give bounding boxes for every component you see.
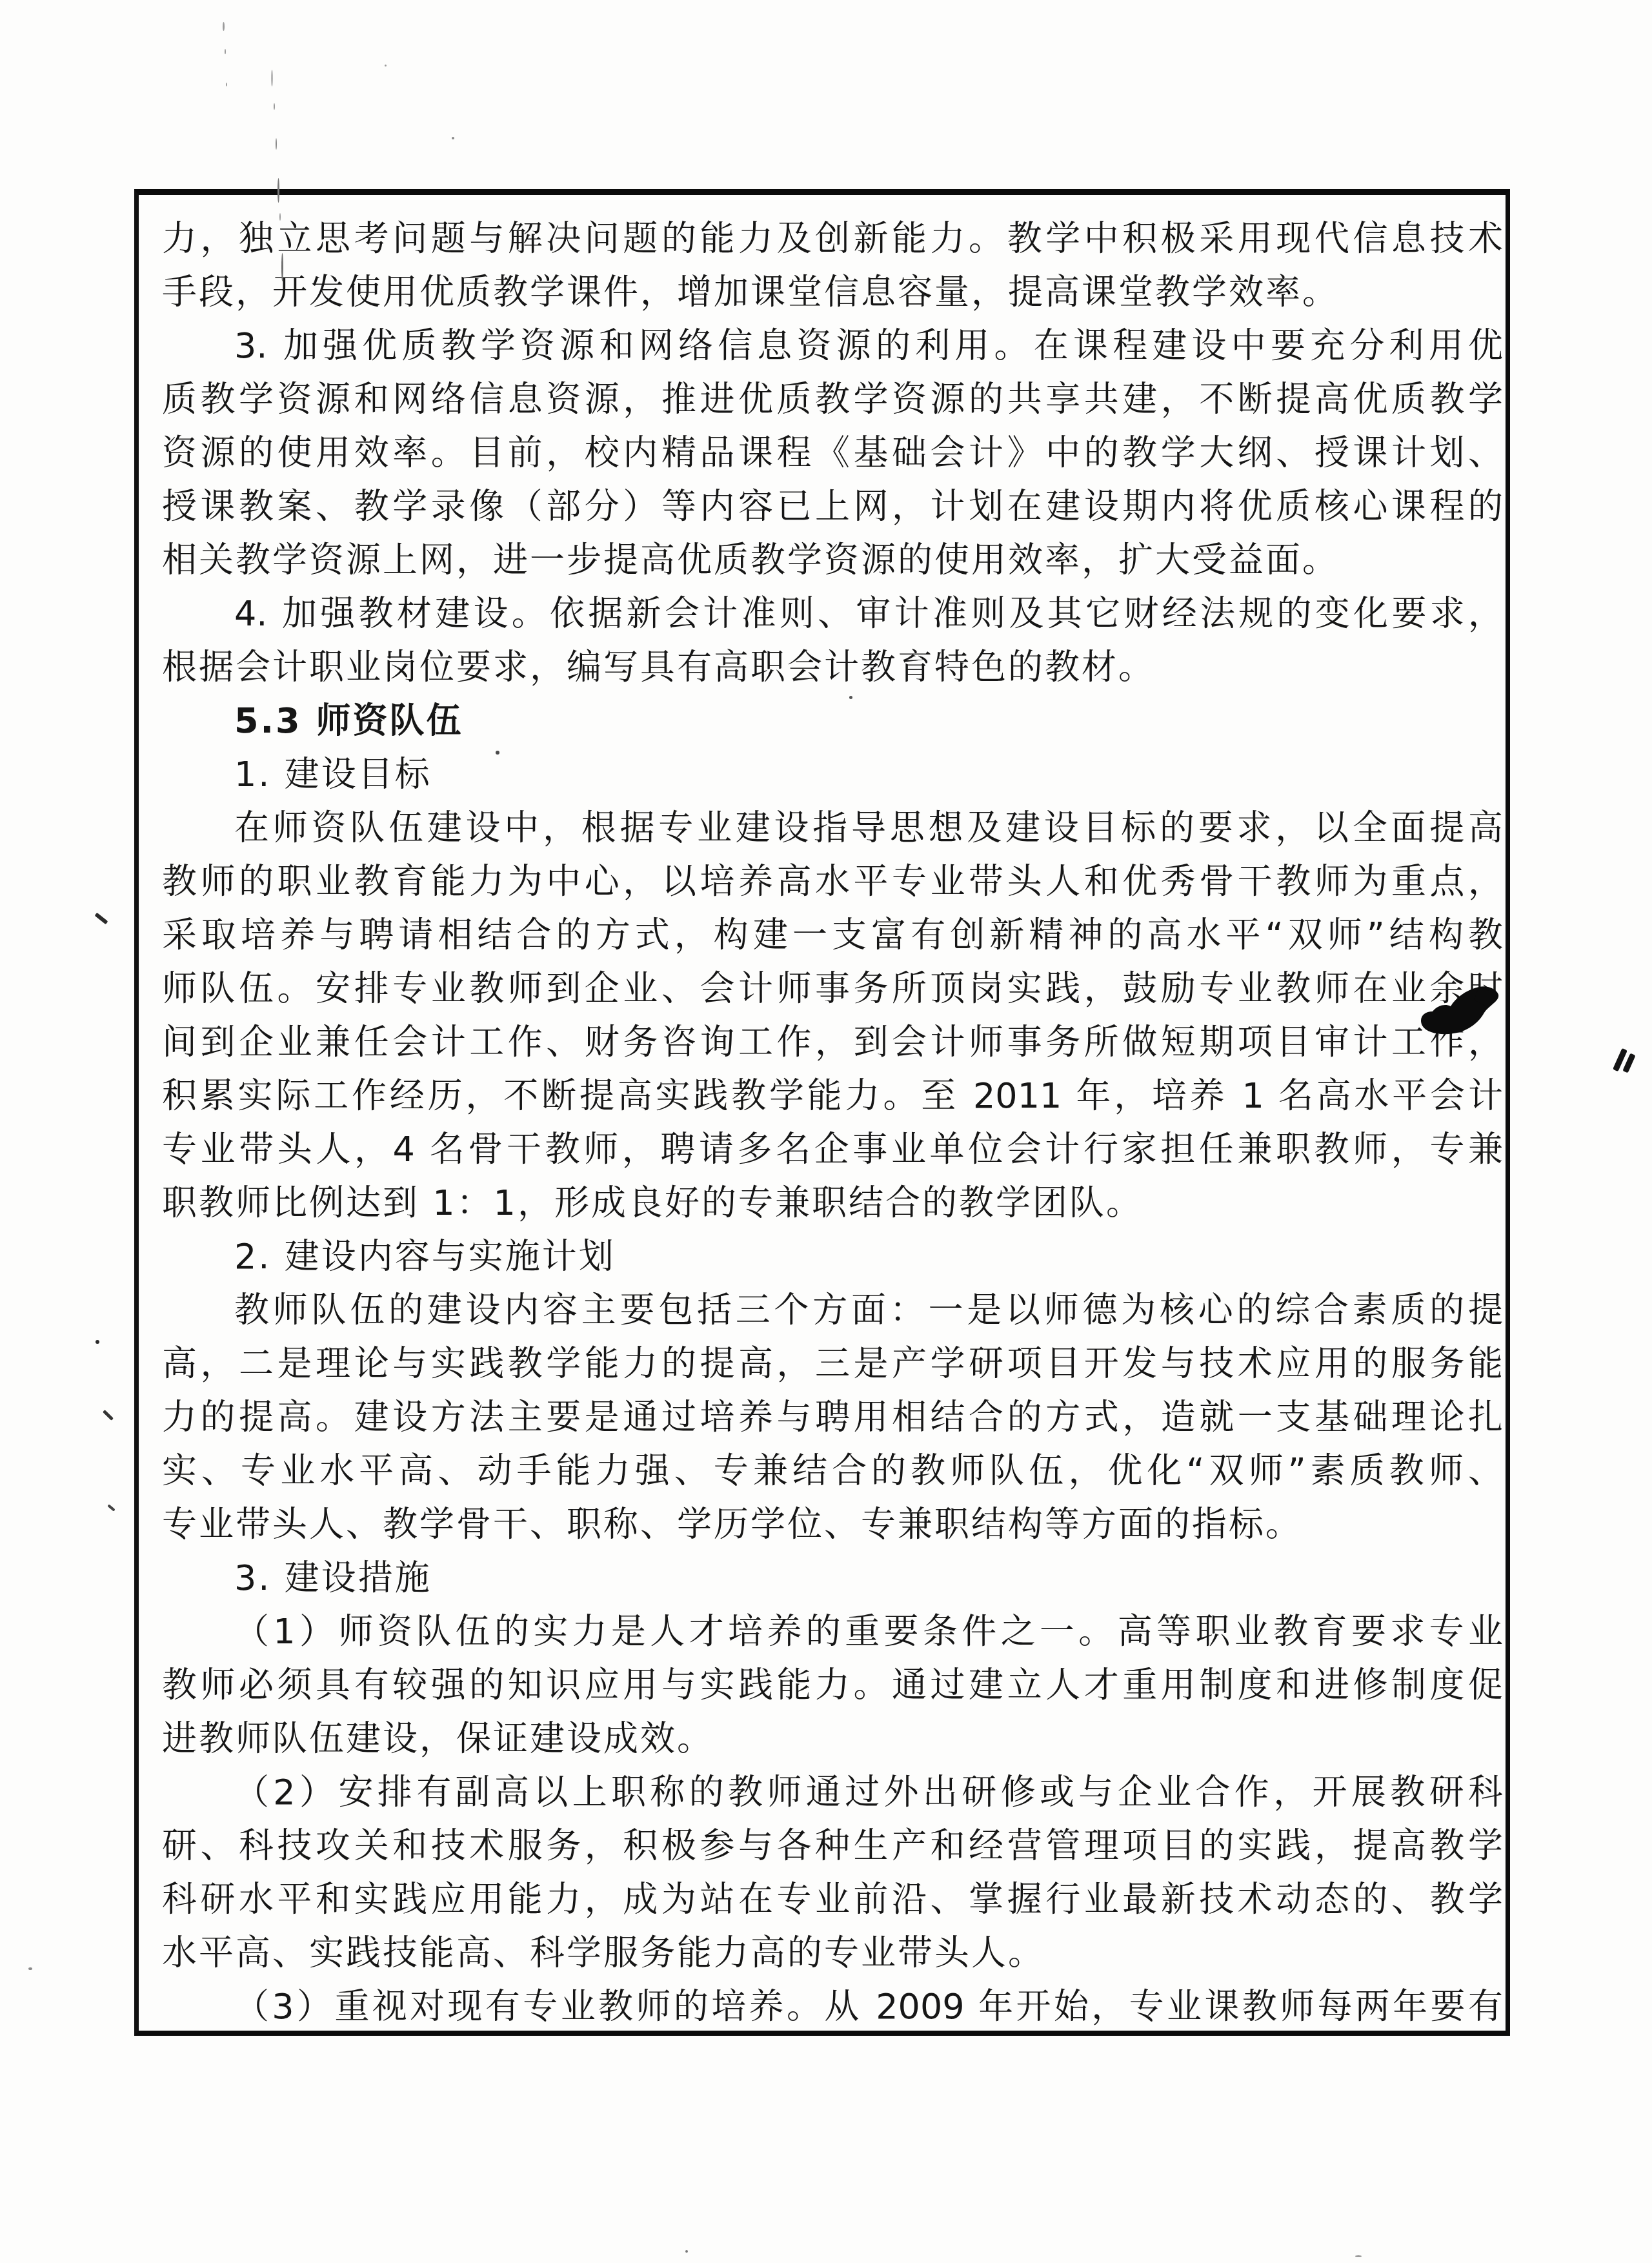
text-line: 资源的使用效率。目前，校内精品课程《基础会计》中的教学大纲、授课计划、	[162, 426, 1503, 480]
text-line: 师队伍。安排专业教师到企业、会计师事务所顶岗实践，鼓励专业教师在业余时	[162, 962, 1503, 1015]
noise-speck	[28, 1967, 32, 1970]
noise-speck	[685, 2250, 688, 2253]
margin-tick	[107, 1504, 116, 1511]
text-line: 在师资队伍建设中，根据专业建设指导思想及建设目标的要求，以全面提高	[162, 801, 1503, 855]
text-line: （1）师资队伍的实力是人才培养的重要条件之一。高等职业教育要求专业	[162, 1605, 1503, 1658]
margin-tick	[96, 1340, 99, 1344]
text-line: 教师队伍的建设内容主要包括三个方面：一是以师德为核心的综合素质的提	[162, 1283, 1503, 1337]
text-line: 间到企业兼任会计工作、财务咨询工作，到会计师事务所做短期项目审计工作，	[162, 1015, 1503, 1069]
noise-speck	[849, 696, 852, 699]
noise-speck	[452, 137, 454, 139]
document-text-box: 力，独立思考问题与解决问题的能力及创新能力。教学中积极采用现代信息技术手段，开发…	[134, 189, 1510, 2036]
text-line: 质教学资源和网络信息资源，推进优质教学资源的共享共建，不断提高优质教学	[162, 372, 1503, 426]
text-line: 职教师比例达到 1：1，形成良好的专兼职结合的教学团队。	[162, 1176, 1503, 1230]
text-line: 力，独立思考问题与解决问题的能力及创新能力。教学中积极采用现代信息技术	[162, 212, 1503, 265]
text-line: 教师必须具有较强的知识应用与实践能力。通过建立人才重用制度和进修制度促	[162, 1658, 1503, 1712]
text-line: 进教师队伍建设，保证建设成效。	[162, 1712, 1503, 1765]
text-line: 专业带头人，4 名骨干教师，聘请多名企事业单位会计行家担任兼职教师，专兼	[162, 1122, 1503, 1176]
text-line: 3. 加强优质教学资源和网络信息资源的利用。在课程建设中要充分利用优	[162, 319, 1503, 372]
text-line: 1. 建设目标	[162, 747, 1503, 801]
ditto-mark-artifact	[1615, 1047, 1640, 1082]
text-line: 力的提高。建设方法主要是通过培养与聘用相结合的方式，造就一支基础理论扎	[162, 1390, 1503, 1444]
noise-speck	[1355, 2255, 1362, 2257]
text-line: 相关教学资源上网，进一步提高优质教学资源的使用效率，扩大受益面。	[162, 533, 1503, 587]
margin-tick	[94, 913, 108, 924]
text-line: 教师的职业教育能力为中心，以培养高水平专业带头人和优秀骨干教师为重点，	[162, 855, 1503, 908]
noise-speck	[225, 49, 226, 54]
text-line: 根据会计职业岗位要求，编写具有高职会计教育特色的教材。	[162, 640, 1503, 694]
noise-speck	[276, 138, 277, 150]
text-line: 积累实际工作经历，不断提高实践教学能力。至 2011 年，培养 1 名高水平会计	[162, 1069, 1503, 1122]
noise-speck	[277, 178, 279, 203]
text-line: （2）安排有副高以上职称的教师通过外出研修或与企业合作，开展教研科	[162, 1765, 1503, 1819]
text-line: 授课教案、教学录像（部分）等内容已上网，计划在建设期内将优质核心课程的	[162, 480, 1503, 533]
text-line: 3. 建设措施	[162, 1551, 1503, 1605]
text-line: 实、专业水平高、动手能力强、专兼结合的教师队伍，优化“双师”素质教师、	[162, 1444, 1503, 1497]
noise-speck	[279, 213, 281, 221]
noise-speck	[274, 103, 275, 110]
noise-speck	[281, 253, 283, 281]
text-line: 4. 加强教材建设。依据新会计准则、审计准则及其它财经法规的变化要求，	[162, 587, 1503, 640]
text-line: 专业带头人、教学骨干、职称、学历学位、专兼职结构等方面的指标。	[162, 1497, 1503, 1551]
noise-speck	[496, 751, 499, 755]
text-line: 手段，开发使用优质教学课件，增加课堂信息容量，提高课堂教学效率。	[162, 265, 1503, 319]
scanned-document-page: 力，独立思考问题与解决问题的能力及创新能力。教学中积极采用现代信息技术手段，开发…	[0, 0, 1652, 2263]
text-line: 科研水平和实践应用能力，成为站在专业前沿、掌握行业最新技术动态的、教学	[162, 1872, 1503, 1926]
text-line: 水平高、实践技能高、科学服务能力高的专业带头人。	[162, 1926, 1503, 1980]
text-lines-container: 力，独立思考问题与解决问题的能力及创新能力。教学中积极采用现代信息技术手段，开发…	[162, 212, 1503, 2033]
noise-speck	[226, 83, 227, 86]
noise-speck	[223, 22, 225, 31]
text-line: 2. 建设内容与实施计划	[162, 1230, 1503, 1283]
text-line: 研、科技攻关和技术服务，积极参与各种生产和经营管理项目的实践，提高教学	[162, 1819, 1503, 1872]
section-heading: 5.3 师资队伍	[162, 694, 1503, 747]
noise-speck	[385, 65, 387, 66]
text-line: 高，二是理论与实践教学能力的提高，三是产学研项目开发与技术应用的服务能	[162, 1337, 1503, 1390]
noise-speck	[271, 70, 273, 86]
margin-tick	[103, 1410, 114, 1421]
text-line: （3）重视对现有专业教师的培养。从 2009 年开始，专业课教师每两年要有	[162, 1980, 1503, 2033]
text-line: 采取培养与聘请相结合的方式，构建一支富有创新精神的高水平“双师”结构教	[162, 908, 1503, 962]
